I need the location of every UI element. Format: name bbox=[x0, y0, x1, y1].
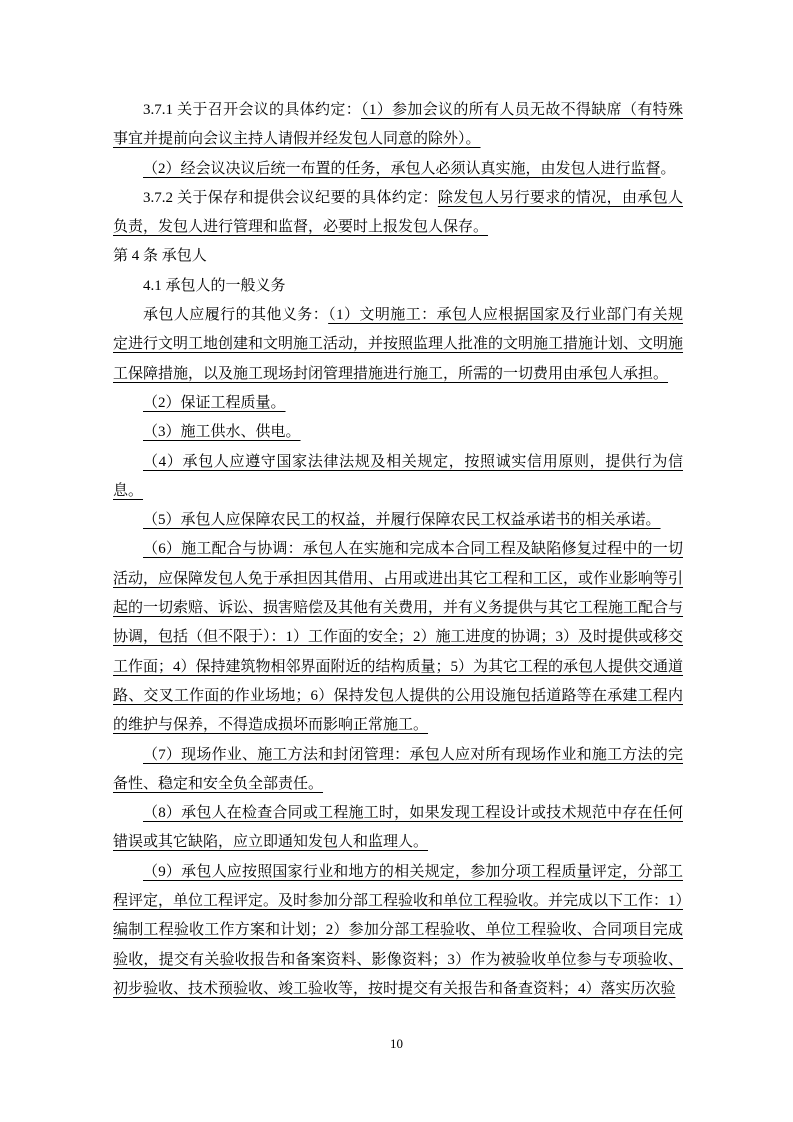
clause-4-1-item-2: （2）保证工程质量。 bbox=[113, 389, 683, 418]
clause-label-text: 承包人应履行的其他义务： bbox=[143, 307, 328, 323]
filled-in-text: （9）承包人应按照国家行业和地方的相关规定，参加分项工程质量评定，分部工程评定，… bbox=[113, 864, 683, 997]
document-page: 3.7.1 关于召开会议的具体约定：（1）参加会议的所有人员无故不得缺席（有特殊… bbox=[0, 0, 793, 1122]
clause-4-1-item-6: （6）施工配合与协调：承包人在实施和完成本合同工程及缺陷修复过程中的一切活动，应… bbox=[113, 535, 683, 740]
clause-4-1-item-7: （7）现场作业、施工方法和封闭管理：承包人应对所有现场作业和施工方法的完备性、稳… bbox=[113, 741, 683, 800]
clause-label-text: 3.7.2 关于保存和提供会议纪要的具体约定： bbox=[143, 190, 438, 206]
clause-4-1-item-5: （5）承包人应保障农民工的权益，并履行保障农民工权益承诺书的相关承诺。 bbox=[113, 506, 683, 535]
clause-label-text: 3.7.1 关于召开会议的具体约定： bbox=[143, 102, 361, 118]
clause-4-1-item-3: （3）施工供水、供电。 bbox=[113, 418, 683, 447]
filled-in-text: （4）承包人应遵守国家法律法规及相关规定，按照诚实信用原则，提供行为信息。 bbox=[113, 454, 683, 499]
page-number: 10 bbox=[0, 1036, 793, 1052]
filled-in-text: （8）承包人在检查合同或工程施工时，如果发现工程设计或技术规范中存在任何错误或其… bbox=[113, 805, 683, 850]
clause-label-text: 第 4 条 承包人 bbox=[113, 248, 207, 264]
clause-3-7-2: 3.7.2 关于保存和提供会议纪要的具体约定：除发包人另行要求的情况，由承包人负… bbox=[113, 184, 683, 243]
clause-4-1-item-9: （9）承包人应按照国家行业和地方的相关规定，参加分项工程质量评定，分部工程评定，… bbox=[113, 858, 683, 1004]
filled-in-text: （2）保证工程质量。 bbox=[143, 395, 286, 411]
filled-in-text: （2）经会议决议后统一布置的任务，承包人必须认真实施，由发包人进行监督 bbox=[143, 161, 661, 177]
clause-4-1-item-1: 承包人应履行的其他义务：（1）文明施工：承包人应根据国家及行业部门有关规定进行文… bbox=[113, 301, 683, 389]
filled-in-text: （5）承包人应保障农民工的权益，并履行保障农民工权益承诺书的相关承诺。 bbox=[143, 512, 661, 528]
clause-4-1-item-8: （8）承包人在检查合同或工程施工时，如果发现工程设计或技术规范中存在任何错误或其… bbox=[113, 799, 683, 858]
heading-4-1: 4.1 承包人的一般义务 bbox=[113, 272, 683, 301]
heading-article-4: 第 4 条 承包人 bbox=[113, 242, 683, 271]
filled-in-text: （3）施工供水、供电。 bbox=[143, 424, 301, 440]
clause-3-7-1-item-2: （2）经会议决议后统一布置的任务，承包人必须认真实施，由发包人进行监督。 bbox=[113, 155, 683, 184]
clause-label-text: 。 bbox=[661, 161, 676, 177]
contract-text-body: 3.7.1 关于召开会议的具体约定：（1）参加会议的所有人员无故不得缺席（有特殊… bbox=[113, 96, 683, 1004]
clause-3-7-1: 3.7.1 关于召开会议的具体约定：（1）参加会议的所有人员无故不得缺席（有特殊… bbox=[113, 96, 683, 155]
clause-label-text: 4.1 承包人的一般义务 bbox=[143, 278, 286, 294]
filled-in-text: （7）现场作业、施工方法和封闭管理：承包人应对所有现场作业和施工方法的完备性、稳… bbox=[113, 747, 683, 792]
filled-in-text: （6）施工配合与协调：承包人在实施和完成本合同工程及缺陷修复过程中的一切活动，应… bbox=[113, 541, 683, 733]
clause-4-1-item-4: （4）承包人应遵守国家法律法规及相关规定，按照诚实信用原则，提供行为信息。 bbox=[113, 448, 683, 507]
